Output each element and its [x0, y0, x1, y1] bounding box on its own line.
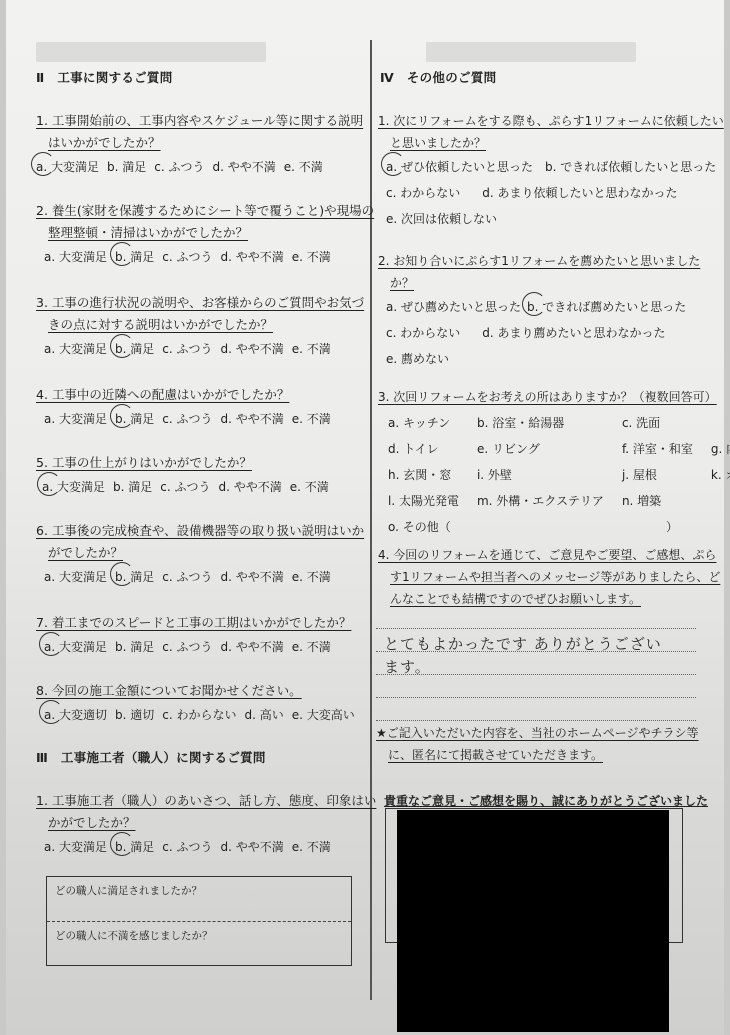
option-c[interactable]: c. ふつう: [162, 338, 212, 360]
option-e[interactable]: e. 不満: [292, 408, 331, 430]
option-d[interactable]: d. やや不満: [212, 156, 275, 178]
question-text: 1. 次にリフォームをする際も、ぷらす1リフォームに依頼したい: [378, 110, 724, 132]
option-d[interactable]: d. やや不満: [220, 338, 283, 360]
option-a[interactable]: a. 大変満足: [44, 408, 107, 430]
redacted-area: [397, 810, 669, 1032]
option-c[interactable]: c. ふつう: [162, 636, 212, 658]
comment-line: [376, 698, 696, 721]
answer-options: a. 大変満足 b. 満足 c. ふつう d. やや不満 e. 不満: [36, 156, 363, 178]
choice-other-close: ）: [666, 516, 678, 538]
option-d[interactable]: d. あまり薦めたいと思わなかった: [482, 322, 665, 344]
question-text: か？: [378, 272, 700, 294]
choice-other-row[interactable]: o. その他（ ）: [378, 516, 678, 538]
option-e[interactable]: e. 不満: [284, 156, 323, 178]
question-4-4: 4. 今回のリフォームを通じて、ご意見やご要望、ご感想、ぷら す1リフォームや担…: [378, 544, 720, 610]
question-text: 整理整頓・清掃はいかがでしたか？: [36, 222, 374, 244]
question-2-1: 1. 工事開始前の、工事内容やスケジュール等に関する説明 はいかがでしたか？ a…: [36, 110, 363, 178]
choice-all-electric[interactable]: k. オール電化: [711, 464, 730, 486]
answer-options: a. 大変満足 b. 満足 c. ふつう d. やや不満 e. 不満: [36, 476, 329, 498]
choice-exterior[interactable]: m. 外構・エクステリア: [477, 490, 604, 512]
option-b[interactable]: b. 満足: [107, 156, 146, 178]
option-e[interactable]: e. 不満: [290, 476, 329, 498]
choice-washroom[interactable]: c. 洗面: [622, 412, 693, 434]
answer-options-row: e. 薦めない: [378, 348, 700, 370]
section-2-title: Ⅱ 工事に関するご質問: [36, 68, 173, 86]
option-e[interactable]: e. 次回は依頼しない: [386, 208, 497, 230]
notice-text: に、匿名にて掲載させていただきます。: [376, 744, 699, 766]
satisfied-craftsman-field[interactable]: どの職人に満足されましたか？: [47, 877, 351, 921]
choice-rooms[interactable]: f. 洋室・和室: [622, 438, 693, 460]
grid-spacer: [711, 490, 730, 512]
comment-line: とてもよかったです ありがとうござい: [376, 629, 696, 652]
option-c[interactable]: c. ふつう: [160, 476, 210, 498]
option-e[interactable]: e. 薦めない: [386, 348, 449, 370]
option-d[interactable]: d. やや不満: [220, 836, 283, 858]
option-d[interactable]: d. やや不満: [220, 408, 283, 430]
choice-exterior-wall[interactable]: i. 外壁: [477, 464, 604, 486]
handwritten-comment-line-2: ます。: [384, 656, 431, 677]
option-d[interactable]: d. やや不満: [220, 246, 283, 268]
question-text: 8. 今回の施工金額についてお聞かせください。: [36, 680, 355, 702]
option-a[interactable]: a. 大変満足: [44, 338, 107, 360]
answer-options: a. 大変満足 b. 満足 c. ふつう d. やや不満 e. 不満: [36, 408, 331, 430]
option-a[interactable]: a. 大変満足: [44, 566, 107, 588]
choice-extension[interactable]: n. 増築: [622, 490, 693, 512]
thank-you-message: 貴重なご意見・ご感想を賜り、誠にありがとうございました: [384, 792, 708, 809]
option-a[interactable]: a. 大変満足: [44, 246, 107, 268]
option-e[interactable]: e. 不満: [292, 338, 331, 360]
comment-line: [376, 606, 696, 629]
faded-header-bar: [36, 42, 266, 62]
option-b-selected[interactable]: b. 満足: [115, 338, 154, 360]
answer-options: a. 大変満足 b. 満足 c. ふつう d. やや不満 e. 不満: [36, 836, 376, 858]
option-d[interactable]: d. やや不満: [220, 566, 283, 588]
question-4-1: 1. 次にリフォームをする際も、ぷらす1リフォームに依頼したい と思いましたか？…: [378, 110, 724, 230]
answer-options-row: c. わからない d. あまり薦めたいと思わなかった: [378, 322, 700, 344]
option-c[interactable]: c. わからない: [386, 322, 460, 344]
question-2-4: 4. 工事中の近隣への配慮はいかがでしたか？ a. 大変満足 b. 満足 c. …: [36, 384, 331, 430]
question-3-1: 1. 工事施工者（職人）のあいさつ、話し方、態度、印象はい かがでしたか？ a.…: [36, 790, 376, 858]
comment-line: [376, 675, 696, 698]
option-a-selected[interactable]: a. 大変満足: [42, 476, 105, 498]
option-c[interactable]: c. ふつう: [154, 156, 204, 178]
question-text: 6. 工事後の完成検査や、設備機器等の取り扱い説明はいか: [36, 520, 364, 542]
option-d[interactable]: d. やや不満: [220, 636, 283, 658]
dissatisfied-prompt: どの職人に不満を感じましたか？: [55, 930, 213, 942]
question-text: 3. 次回リフォームをお考えの所はありますか？（複数回答可）: [378, 386, 730, 408]
choice-other[interactable]: o. その他（: [388, 516, 451, 538]
question-text: はいかがでしたか？: [36, 132, 363, 154]
option-e[interactable]: e. 不満: [292, 566, 331, 588]
option-c[interactable]: c. ふつう: [162, 566, 212, 588]
answer-options-row: a. ぜひ依頼したいと思った b. できれば依頼したいと思った: [378, 156, 724, 178]
question-text: 2. 養生(家財を保護するためにシート等で覆うこと)や現場の: [36, 200, 374, 222]
choice-living[interactable]: e. リビング: [477, 438, 604, 460]
question-text: 5. 工事の仕上がりはいかがでしたか？: [36, 452, 329, 474]
question-text: 4. 今回のリフォームを通じて、ご意見やご要望、ご感想、ぷら: [378, 544, 720, 566]
option-a[interactable]: a. 大変満足: [44, 836, 107, 858]
question-text: 3. 工事の進行状況の説明や、お客様からのご質問やお気づ: [36, 292, 364, 314]
option-c[interactable]: c. ふつう: [162, 408, 212, 430]
question-2-2: 2. 養生(家財を保護するためにシート等で覆うこと)や現場の 整理整頓・清掃はい…: [36, 200, 374, 268]
option-a-selected[interactable]: a. ぜひ依頼したいと思った: [386, 156, 533, 178]
satisfied-prompt: どの職人に満足されましたか？: [55, 885, 202, 897]
option-b-selected[interactable]: b. 満足: [115, 836, 154, 858]
choice-interior[interactable]: g. 内装: [711, 438, 730, 460]
option-b[interactable]: b. 満足: [113, 476, 152, 498]
answer-options-row: c. わからない d. あまり依頼したいと思わなかった: [378, 182, 724, 204]
option-b-selected[interactable]: b. 満足: [115, 408, 154, 430]
option-b-selected[interactable]: b. 満足: [115, 246, 154, 268]
option-e[interactable]: e. 不満: [292, 636, 331, 658]
question-text: がでしたか？: [36, 542, 364, 564]
answer-options: a. 大変満足 b. 満足 c. ふつう d. やや不満 e. 不満: [36, 636, 351, 658]
option-b-selected[interactable]: b. できれば薦めたいと思った: [527, 296, 686, 318]
option-b[interactable]: b. 適切: [115, 704, 154, 726]
question-text: す1リフォームや担当者へのメッセージ等がありましたら、ど: [378, 566, 720, 588]
grid-spacer: [711, 412, 730, 434]
question-2-8: 8. 今回の施工金額についてお聞かせください。 a. 大変適切 b. 適切 c.…: [36, 680, 355, 726]
option-c[interactable]: c. わからない: [162, 704, 236, 726]
answer-options-row: e. 次回は依頼しない: [378, 208, 724, 230]
answer-options: a. 大変適切 b. 適切 c. わからない d. 高い e. 大変高い: [36, 704, 355, 726]
question-4-2: 2. お知り合いにぷらす1リフォームを薦めたいと思いました か？ a. ぜひ薦め…: [378, 250, 700, 370]
option-a-selected[interactable]: a. 大変適切: [44, 704, 107, 726]
section-3-title: Ⅲ 工事施工者（職人）に関するご質問: [36, 748, 266, 766]
handwritten-comment-line-1: とてもよかったです ありがとうござい: [384, 633, 662, 654]
option-a-selected[interactable]: a. 大変満足: [36, 156, 99, 178]
question-text: 1. 工事施工者（職人）のあいさつ、話し方、態度、印象はい: [36, 790, 376, 812]
question-2-6: 6. 工事後の完成検査や、設備機器等の取り扱い説明はいか がでしたか？ a. 大…: [36, 520, 364, 588]
option-e[interactable]: e. 不満: [292, 836, 331, 858]
question-2-5: 5. 工事の仕上がりはいかがでしたか？ a. 大変満足 b. 満足 c. ふつう…: [36, 452, 329, 498]
option-a[interactable]: a. ぜひ薦めたいと思った: [386, 296, 521, 318]
question-4-3: 3. 次回リフォームをお考えの所はありますか？（複数回答可） a. キッチン b…: [378, 386, 730, 538]
question-text: 7. 着工までのスピードと工事の工期はいかがでしたか？: [36, 612, 351, 634]
option-d[interactable]: d. やや不満: [218, 476, 281, 498]
question-text: 2. お知り合いにぷらす1リフォームを薦めたいと思いました: [378, 250, 700, 272]
question-text: 1. 工事開始前の、工事内容やスケジュール等に関する説明: [36, 110, 363, 132]
question-text: きの点に対する説明はいかがでしたか？: [36, 314, 364, 336]
answer-options: a. 大変満足 b. 満足 c. ふつう d. やや不満 e. 不満: [36, 566, 364, 588]
choice-solar[interactable]: l. 太陽光発電: [388, 490, 459, 512]
question-text: と思いましたか？: [378, 132, 724, 154]
craftsman-feedback-box: どの職人に満足されましたか？ どの職人に不満を感じましたか？: [46, 876, 352, 966]
choice-toilet[interactable]: d. トイレ: [388, 438, 459, 460]
multi-choice-grid: a. キッチン b. 浴室・給湯器 c. 洗面 d. トイレ e. リビング f…: [378, 412, 730, 512]
choice-roof[interactable]: j. 屋根: [622, 464, 693, 486]
publication-notice: ★ご記入いただいた内容を、当社のホームページやチラシ等 に、匿名にて掲載させてい…: [376, 722, 699, 766]
answer-options-row: a. ぜひ薦めたいと思った b. できれば薦めたいと思った: [378, 296, 700, 318]
answer-options: a. 大変満足 b. 満足 c. ふつう d. やや不満 e. 不満: [36, 338, 364, 360]
answer-options: a. 大変満足 b. 満足 c. ふつう d. やや不満 e. 不満: [36, 246, 374, 268]
option-c[interactable]: c. ふつう: [162, 246, 212, 268]
question-text: かがでしたか？: [36, 812, 376, 834]
option-e[interactable]: e. 大変高い: [292, 704, 355, 726]
choice-bath[interactable]: b. 浴室・給湯器: [477, 412, 604, 434]
notice-text: ★ご記入いただいた内容を、当社のホームページやチラシ等: [376, 722, 699, 744]
dissatisfied-craftsman-field[interactable]: どの職人に不満を感じましたか？: [47, 921, 351, 965]
choice-entrance-window[interactable]: h. 玄関・窓: [388, 464, 459, 486]
option-d[interactable]: d. 高い: [244, 704, 283, 726]
question-2-3: 3. 工事の進行状況の説明や、お客様からのご質問やお気づ きの点に対する説明はい…: [36, 292, 364, 360]
choice-kitchen[interactable]: a. キッチン: [388, 412, 459, 434]
option-c[interactable]: c. ふつう: [162, 836, 212, 858]
question-2-7: 7. 着工までのスピードと工事の工期はいかがでしたか？ a. 大変満足 b. 満…: [36, 612, 351, 658]
option-c[interactable]: c. わからない: [386, 182, 460, 204]
option-b[interactable]: b. 満足: [115, 636, 154, 658]
faded-header-bar: [426, 42, 636, 62]
option-b-selected[interactable]: b. 満足: [115, 566, 154, 588]
option-a-selected[interactable]: a. 大変満足: [44, 636, 107, 658]
question-text: 4. 工事中の近隣への配慮はいかがでしたか？: [36, 384, 331, 406]
comment-lines[interactable]: とてもよかったです ありがとうござい ます。: [376, 606, 696, 721]
comment-line: ます。: [376, 652, 696, 675]
option-d[interactable]: d. あまり依頼したいと思わなかった: [482, 182, 677, 204]
option-e[interactable]: e. 不満: [292, 246, 331, 268]
option-b[interactable]: b. できれば依頼したいと思った: [545, 156, 716, 178]
section-4-title: Ⅳ その他のご質問: [380, 68, 496, 86]
